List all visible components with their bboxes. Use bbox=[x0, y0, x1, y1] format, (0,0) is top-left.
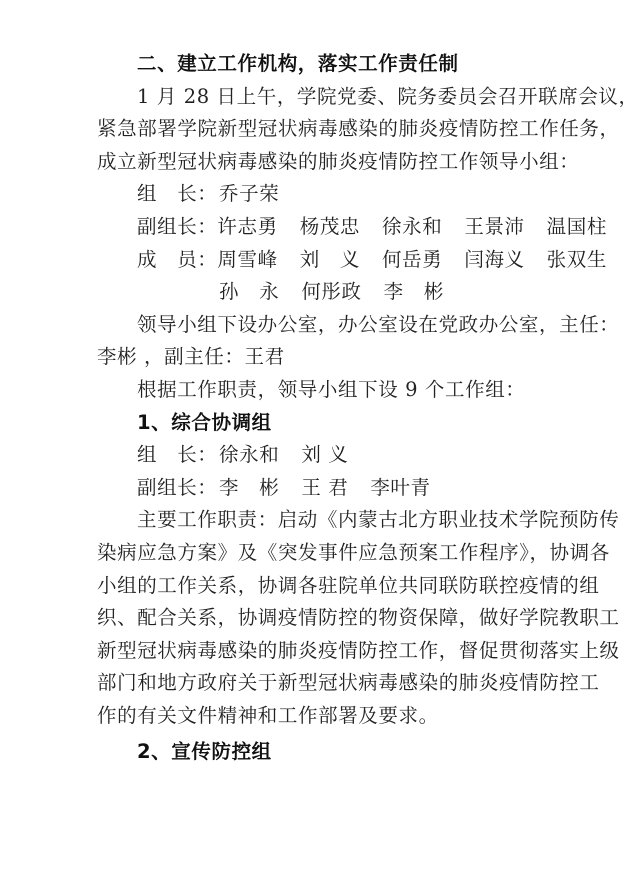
member-label: 成 员： bbox=[137, 244, 217, 277]
group1-duty-line: 部门和地方政府关于新型冠状病毒感染的肺炎疫情防控工 bbox=[97, 667, 541, 700]
group1-deputy-row: 副组长： 李 彬 王 君 李叶青 bbox=[97, 472, 541, 505]
member-name: 何彤政 bbox=[301, 276, 361, 309]
leader-label: 组 长： bbox=[137, 178, 219, 211]
leader-name: 乔子荣 bbox=[219, 178, 279, 211]
groups-intro: 根据工作职责，领导小组下设 9 个工作组： bbox=[97, 374, 541, 407]
member-name: 周雪峰 bbox=[217, 244, 277, 277]
group1-leader-row: 组 长： 徐永和 刘 义 bbox=[97, 439, 541, 472]
deputy-name: 杨茂忠 bbox=[300, 211, 360, 244]
deputy-name: 徐永和 bbox=[382, 211, 442, 244]
group1-duty-line: 主要工作职责：启动《内蒙古北方职业技术学院预防传 bbox=[97, 504, 541, 537]
section-title: 二、建立工作机构，落实工作责任制 bbox=[97, 48, 541, 81]
deputy-name: 王景沛 bbox=[464, 211, 524, 244]
member-name: 张双生 bbox=[547, 244, 607, 277]
intro-line-3: 成立新型冠状病毒感染的肺炎疫情防控工作领导小组： bbox=[97, 146, 541, 179]
deputy-name: 许志勇 bbox=[217, 211, 277, 244]
office-line-2: 李彬 ，副主任：王君 bbox=[97, 341, 541, 374]
group1-leader-label: 组 长： bbox=[137, 439, 219, 472]
group1-leader-name: 刘 义 bbox=[301, 439, 348, 472]
leader-row: 组 长： 乔子荣 bbox=[97, 178, 541, 211]
group1-deputy-name: 李叶青 bbox=[370, 472, 430, 505]
member-name: 刘 义 bbox=[300, 244, 360, 277]
group1-duty-line: 新型冠状病毒感染的肺炎疫情防控工作，督促贯彻落实上级 bbox=[97, 635, 541, 668]
member-name: 李 彬 bbox=[384, 276, 444, 309]
member-name: 何岳勇 bbox=[382, 244, 442, 277]
member-name: 孙 永 bbox=[219, 276, 279, 309]
group1-leader-name: 徐永和 bbox=[219, 439, 279, 472]
deputy-name: 温国柱 bbox=[547, 211, 607, 244]
intro-line-1: 1 月 28 日上午，学院党委、院务委员会召开联席会议， bbox=[97, 81, 541, 114]
group1-duty-line: 染病应急方案》及《突发事件应急预案工作程序》，协调各 bbox=[97, 537, 541, 570]
group1-title: 1、综合协调组 bbox=[97, 407, 541, 440]
group1-duty-line: 作的有关文件精神和工作部署及要求。 bbox=[97, 700, 541, 733]
office-line-1: 领导小组下设办公室，办公室设在党政办公室，主任： bbox=[97, 309, 541, 342]
member-row-2: 孙 永 何彤政 李 彬 bbox=[97, 276, 541, 309]
group1-duty-line: 小组的工作关系，协调各驻院单位共同联防联控疫情的组 bbox=[97, 570, 541, 603]
group2-title: 2、宣传防控组 bbox=[97, 736, 541, 769]
intro-line-2: 紧急部署学院新型冠状病毒感染的肺炎疫情防控工作任务， bbox=[97, 113, 541, 146]
group1-duty-line: 织、配合关系，协调疫情防控的物资保障，做好学院教职工 bbox=[97, 602, 541, 635]
deputy-label: 副组长： bbox=[137, 211, 217, 244]
group1-deputy-name: 王 君 bbox=[301, 472, 348, 505]
member-row-1: 成 员： 周雪峰 刘 义 何岳勇 闫海义 张双生 bbox=[97, 244, 541, 277]
deputy-row: 副组长： 许志勇 杨茂忠 徐永和 王景沛 温国柱 bbox=[97, 211, 541, 244]
member-name: 闫海义 bbox=[464, 244, 524, 277]
group1-deputy-name: 李 彬 bbox=[219, 472, 279, 505]
group1-deputy-label: 副组长： bbox=[137, 472, 219, 505]
document-page: 二、建立工作机构，落实工作责任制 1 月 28 日上午，学院党委、院务委员会召开… bbox=[97, 48, 541, 769]
